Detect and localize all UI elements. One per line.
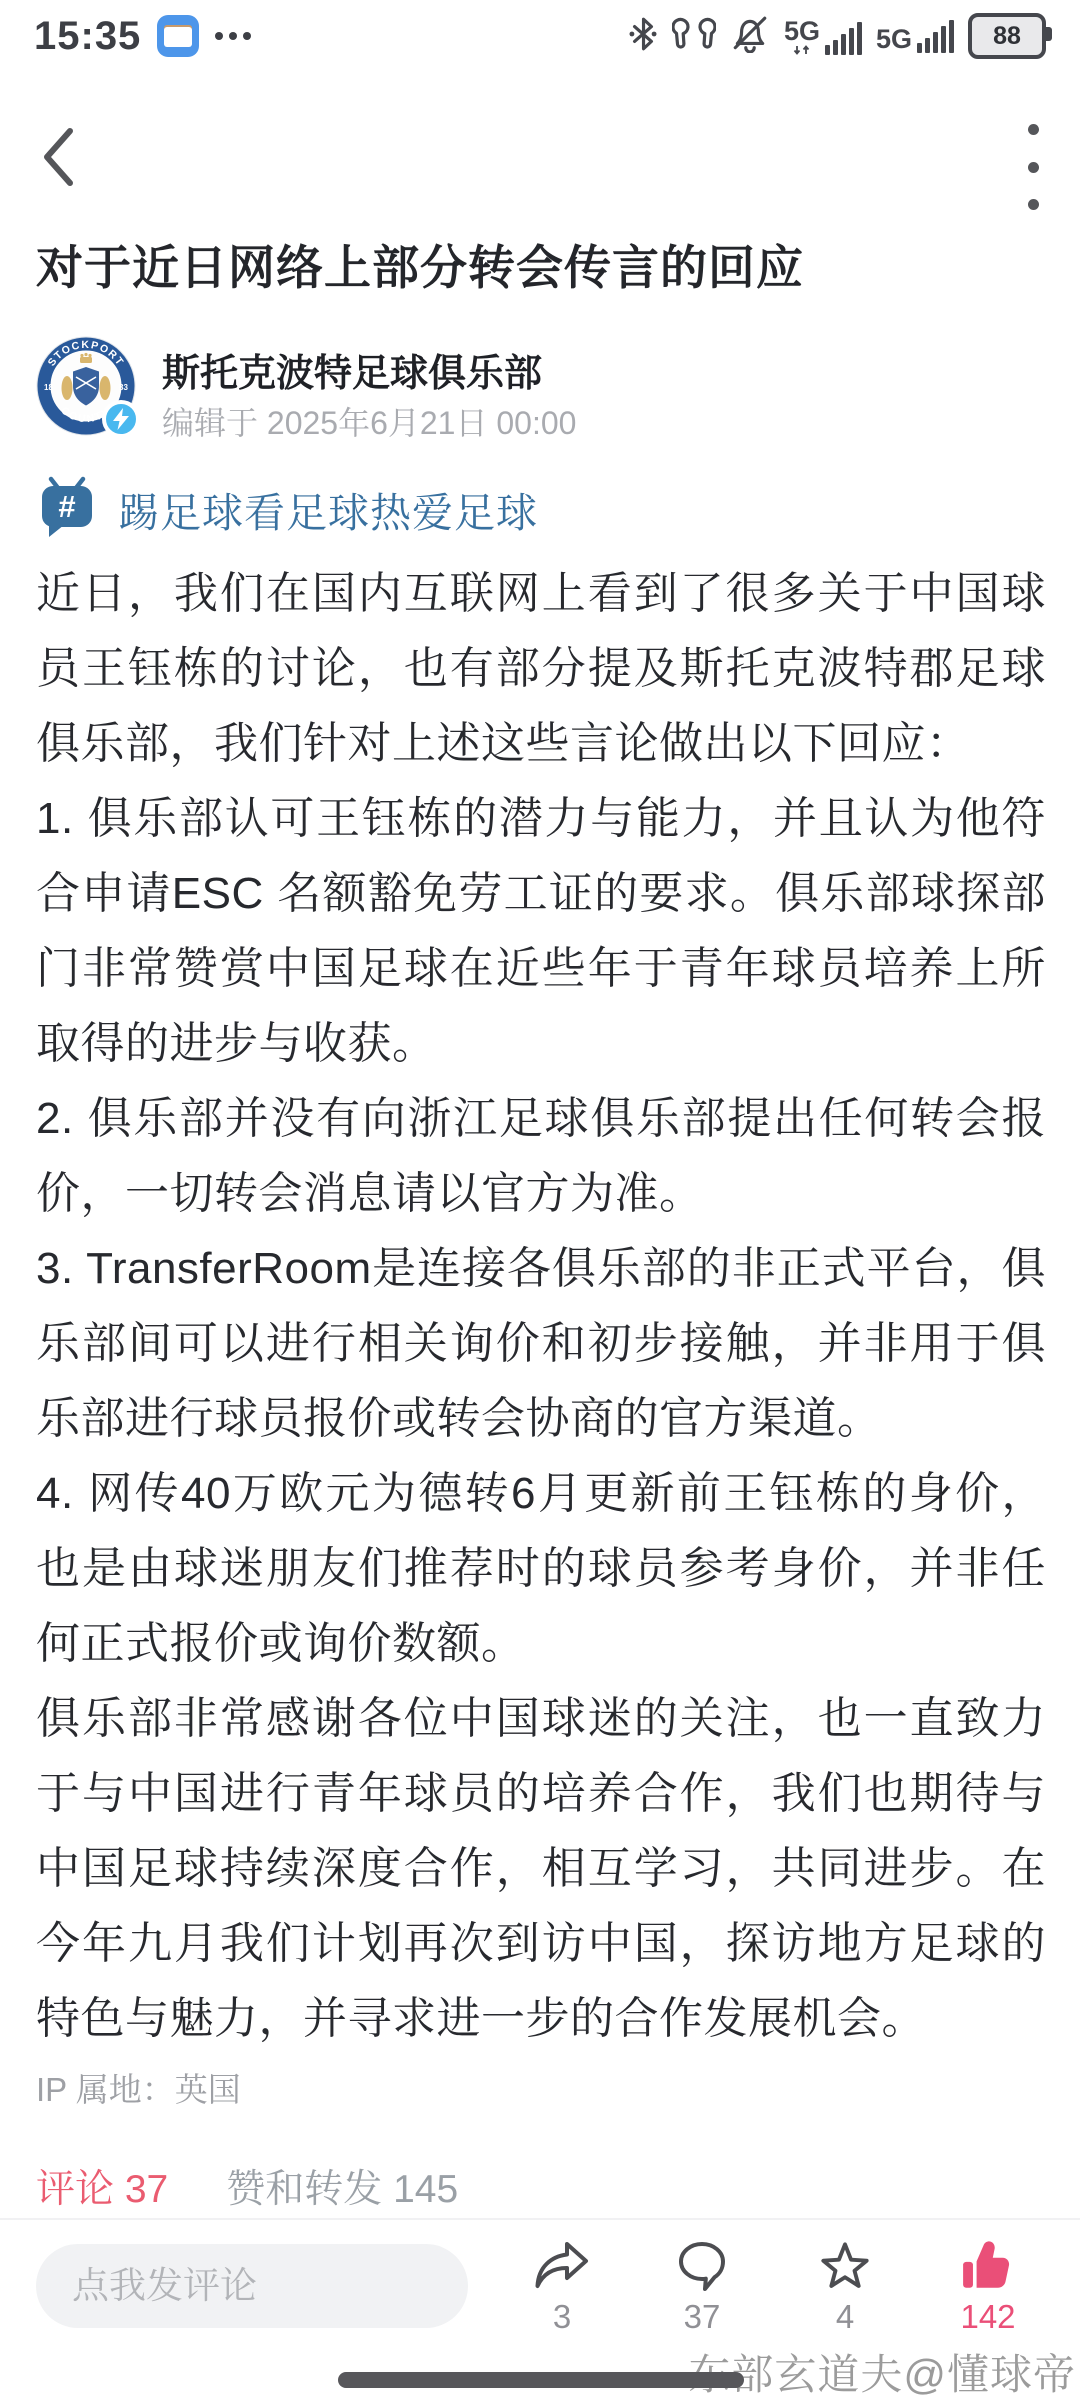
paragraph: 3. TransferRoom是连接各俱乐部的非正式平台，俱乐部间可以进行相关询… xyxy=(36,1231,1046,1456)
back-button[interactable] xyxy=(38,126,82,188)
post-body: 近日，我们在国内互联网上看到了很多关于中国球员王钰栋的讨论，也有部分提及斯托克波… xyxy=(36,556,1046,2056)
tab-comments-count: 37 xyxy=(125,2168,168,2211)
bluetooth-icon xyxy=(628,15,658,58)
earbuds-icon xyxy=(672,15,716,58)
paragraph: 4. 网传40万欧元为德转6月更新前王钰栋的身价，也是由球迷朋友们推荐时的球员参… xyxy=(36,1456,1046,1681)
back-chevron-icon xyxy=(47,131,70,183)
overflow-menu-button[interactable] xyxy=(1026,124,1040,210)
ip-location: IP 属地：英国 xyxy=(36,2064,241,2111)
paragraph: 1. 俱乐部认可王钰栋的潜力与能力，并且认为他符合申请ESC 名额豁免劳工证的要… xyxy=(36,781,1046,1081)
status-bar: 15:35 5G xyxy=(0,0,1080,72)
battery-percent: 88 xyxy=(993,22,1021,51)
divider xyxy=(0,2218,1080,2220)
mail-notification-icon xyxy=(157,15,199,57)
paragraph: 2. 俱乐部并没有向浙江足球俱乐部提出任何转会报价，一切转会消息请以官方为准。 xyxy=(36,1081,1046,1231)
home-indicator xyxy=(338,2372,744,2388)
tab-comments[interactable]: 评论 37 xyxy=(36,2158,168,2214)
comment-count: 37 xyxy=(684,2300,721,2333)
like-count: 142 xyxy=(960,2300,1015,2333)
topic-label[interactable]: 踢足球看足球热爱足球 xyxy=(118,480,538,539)
favorite-count: 4 xyxy=(836,2300,854,2333)
favorite-button[interactable]: 4 xyxy=(785,2240,905,2333)
tab-reposts-count: 145 xyxy=(393,2168,458,2211)
crest-year-left: 18 xyxy=(44,383,53,392)
share-count: 3 xyxy=(553,2300,571,2333)
watermark: 东部玄道夫@懂球帝 xyxy=(688,2342,1076,2400)
signal-sim2-icon: 5G xyxy=(876,20,954,53)
more-notifications-icon xyxy=(215,32,251,40)
hashtag-topic-icon: # xyxy=(36,476,98,543)
thumbs-up-icon xyxy=(960,2240,1016,2292)
mute-bell-icon xyxy=(730,15,770,58)
author-row[interactable]: STOCKPORT COUNTY 18 83 斯托克波特足球俱乐部 编辑于 20… xyxy=(36,336,1046,440)
edited-timestamp: 编辑于 2025年6月21日 00:00 xyxy=(162,398,576,444)
like-button[interactable]: 142 xyxy=(928,2240,1048,2333)
comment-bubble-icon xyxy=(676,2240,728,2292)
crest-year-right: 83 xyxy=(119,383,128,392)
svg-text:#: # xyxy=(58,489,75,524)
tab-bar: 评论 37 赞和转发 145 xyxy=(36,2158,458,2214)
signal-sim1-icon: 5G xyxy=(784,18,862,55)
topic-tag[interactable]: # 踢足球看足球热爱足球 xyxy=(36,476,538,543)
tab-reposts[interactable]: 赞和转发 145 xyxy=(226,2158,458,2214)
paragraph: 俱乐部非常感谢各位中国球迷的关注，也一直致力于与中国进行青年球员的培养合作，我们… xyxy=(36,1681,1046,2056)
battery-icon: 88 xyxy=(968,13,1046,59)
comment-input[interactable] xyxy=(36,2244,468,2328)
paragraph: 近日，我们在国内互联网上看到了很多关于中国球员王钰栋的讨论，也有部分提及斯托克波… xyxy=(36,556,1046,781)
status-time: 15:35 xyxy=(34,14,141,59)
verified-badge-icon xyxy=(102,400,140,438)
star-icon xyxy=(818,2240,872,2292)
author-name[interactable]: 斯托克波特足球俱乐部 xyxy=(162,342,542,397)
share-button[interactable]: 3 xyxy=(502,2240,622,2333)
post-title: 对于近日网络上部分转会传言的回应 xyxy=(36,238,1046,298)
share-arrow-icon xyxy=(533,2240,591,2292)
comment-button[interactable]: 37 xyxy=(642,2240,762,2333)
